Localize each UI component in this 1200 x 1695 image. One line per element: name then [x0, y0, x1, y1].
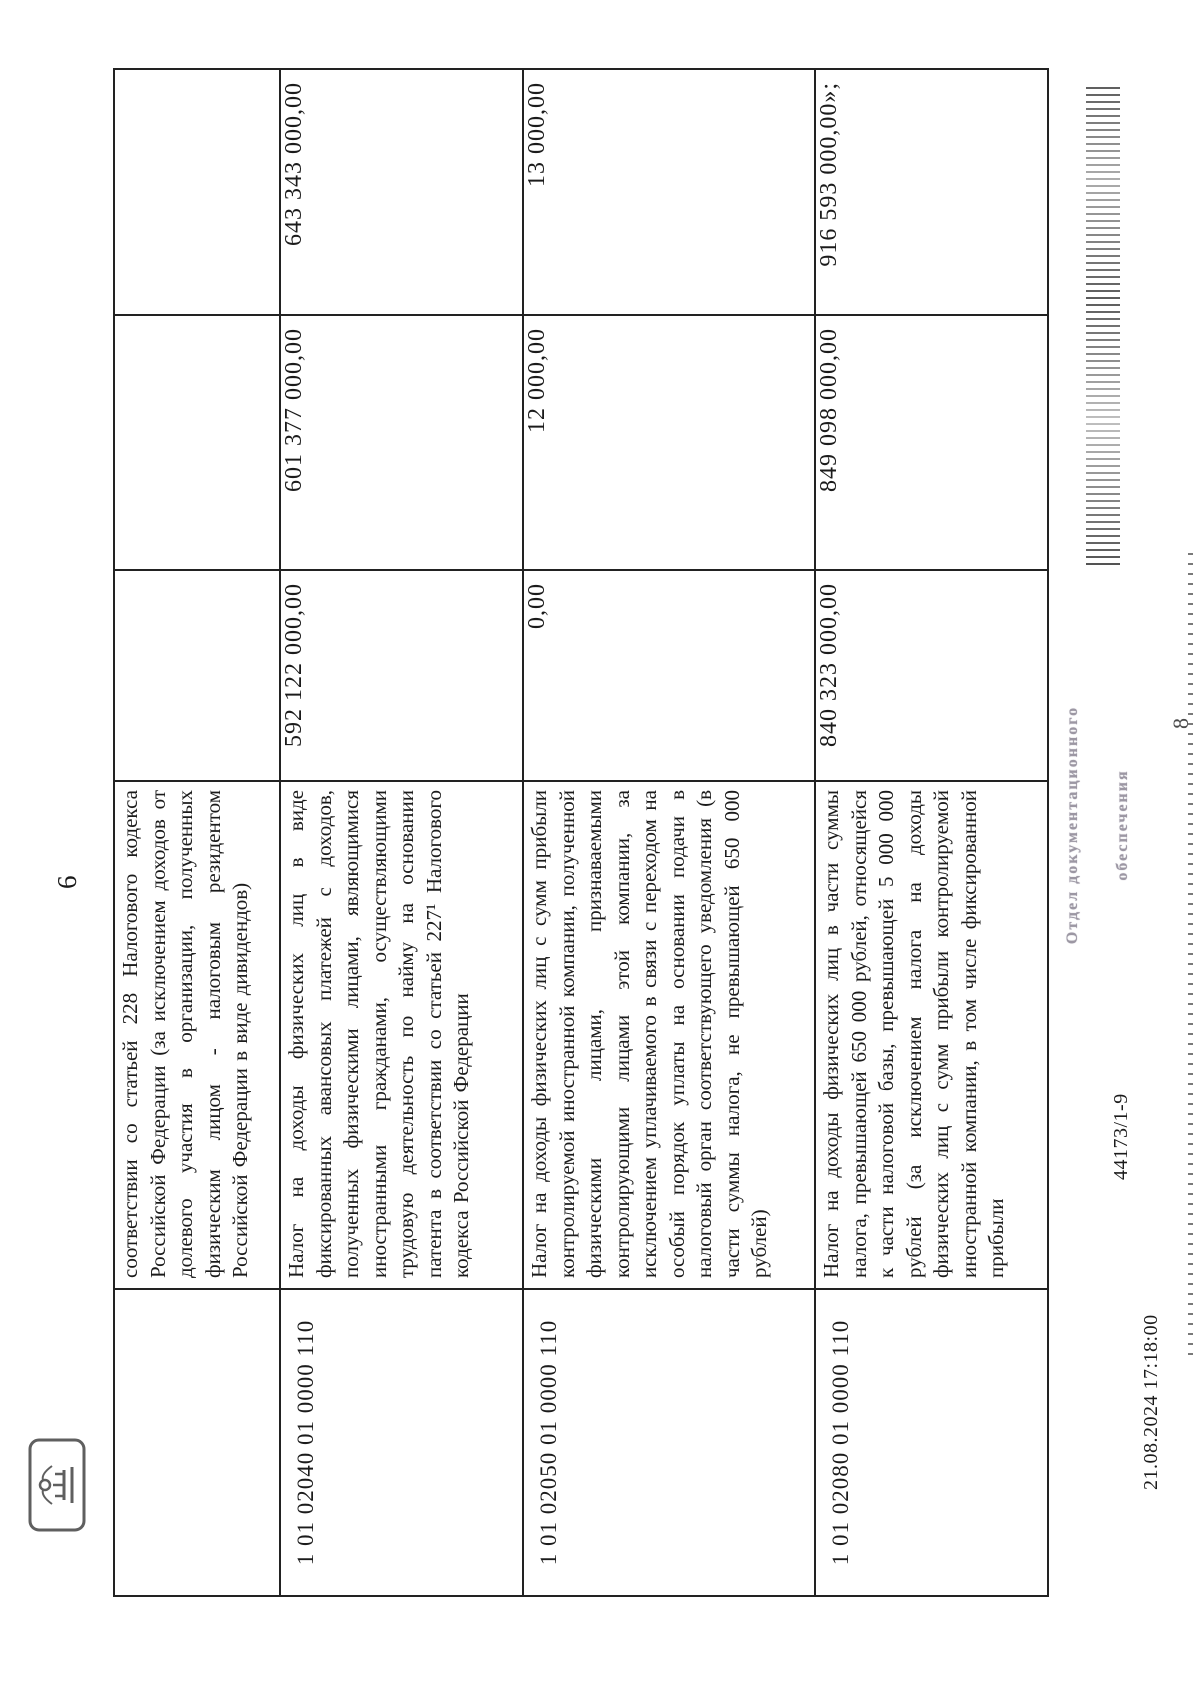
row-amount-year2: 849 098 000,00 — [815, 315, 1048, 570]
table-row: 1 01 02040 01 0000 110 Налог на доходы ф… — [280, 69, 523, 1596]
row-amount-year3: 643 343 000,00 — [280, 69, 523, 315]
budget-revenue-table: соответствии со статьей 228 Налогового к… — [113, 68, 1049, 1597]
scanned-document-page: { "page": { "number": "6", "printed_date… — [0, 0, 1200, 1695]
scan-artifact-barcode-strip — [1086, 83, 1120, 565]
row-budget-code: 1 01 02050 01 0000 110 — [523, 1289, 815, 1596]
table-row: 1 01 02080 01 0000 110 Налог на доходы ф… — [815, 69, 1048, 1596]
scan-artifact-dotted-strip — [1188, 550, 1193, 1355]
rotated-landscape-sheet: 6 соответствии со статьей 228 Налогового… — [0, 0, 1200, 1695]
edge-stray-mark: 8 — [1168, 718, 1194, 729]
row-amount-year2: 601 377 000,00 — [280, 315, 523, 570]
row-amount-year1: 840 323 000,00 — [815, 570, 1048, 781]
row-amount-year3 — [114, 69, 280, 315]
row-name-text: Налог на доходы физических лиц в виде фи… — [283, 790, 476, 1278]
table-row-continuation: соответствии со статьей 228 Налогового к… — [114, 69, 280, 1596]
row-amount-year1 — [114, 570, 280, 781]
coat-of-arms-stamp-icon — [28, 1438, 86, 1532]
row-name-text: Налог на доходы физических лиц в части с… — [818, 790, 1011, 1278]
row-name-text: Налог на доходы физических лиц с сумм пр… — [526, 790, 774, 1278]
row-amount-year3: 13 000,00 — [523, 69, 815, 315]
registration-number: 44173/1-9 — [1110, 1093, 1133, 1180]
row-amount-year1: 592 122 000,00 — [280, 570, 523, 781]
row-budget-code: 1 01 02040 01 0000 110 — [280, 1289, 523, 1596]
row-amount-year2 — [114, 315, 280, 570]
page-number: 6 — [52, 875, 83, 890]
row-budget-code: 1 01 02080 01 0000 110 — [815, 1289, 1048, 1596]
row-amount-year3: 916 593 000,00»; — [815, 69, 1048, 315]
table-row: 1 01 02050 01 0000 110 Налог на доходы ф… — [523, 69, 815, 1596]
department-stamp-line1: Отдел документационного — [1064, 675, 1082, 975]
print-timestamp: 21.08.2024 17:18:00 — [1140, 1314, 1163, 1490]
department-stamp-line2: обеспечения — [1114, 675, 1132, 975]
row-amount-year2: 12 000,00 — [523, 315, 815, 570]
row-name-text: соответствии со статьей 228 Налогового к… — [117, 790, 255, 1278]
row-budget-code — [114, 1289, 280, 1596]
row-amount-year1: 0,00 — [523, 570, 815, 781]
